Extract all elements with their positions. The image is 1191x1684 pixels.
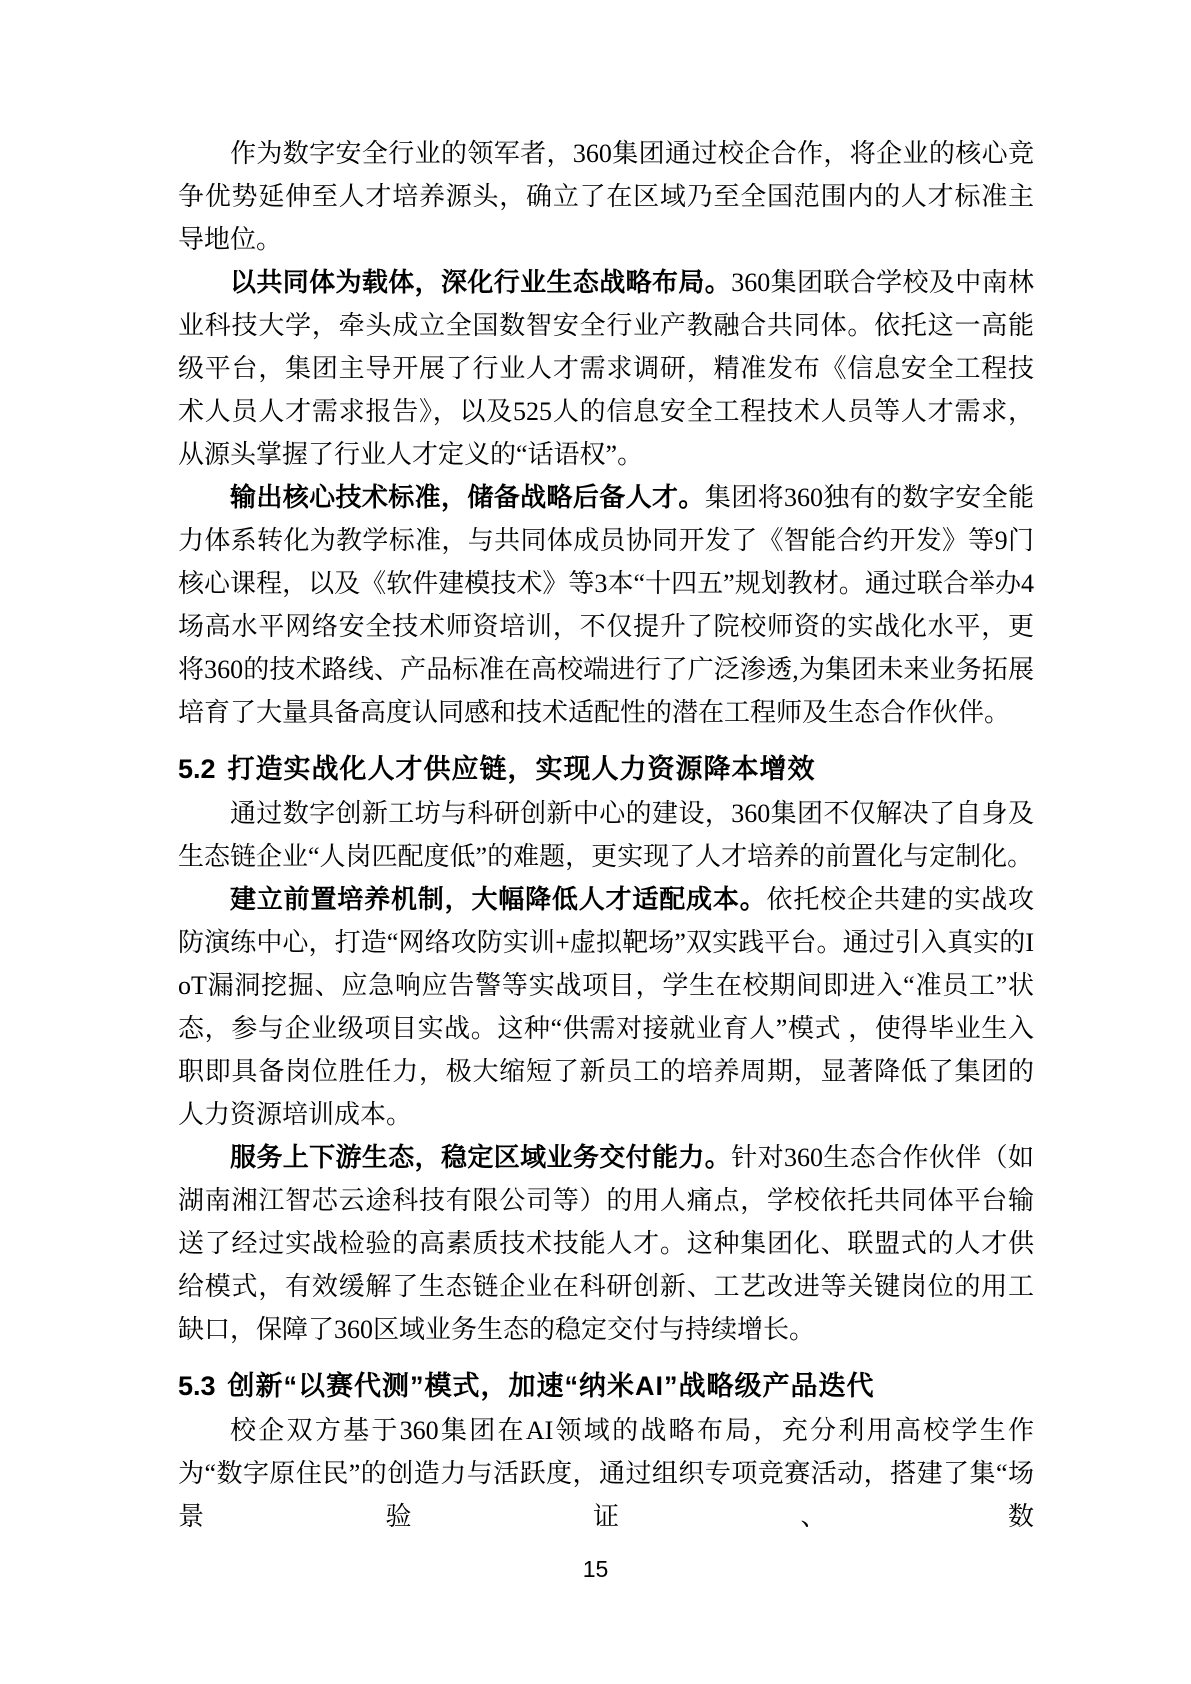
document-page: 作为数字安全行业的领军者，360集团通过校企合作，将企业的核心竞争优势延伸至人才… bbox=[0, 0, 1191, 1684]
section-title: 创新“以赛代测”模式，加速“纳米AI”战略级产品迭代 bbox=[228, 1371, 875, 1401]
page-footer: 15 bbox=[0, 1556, 1191, 1583]
page-number: 15 bbox=[583, 1556, 609, 1582]
paragraph-lead-bold: 输出核心技术标准，储备战略后备人才。 bbox=[230, 482, 705, 512]
paragraph: 作为数字安全行业的领军者，360集团通过校企合作，将企业的核心竞争优势延伸至人才… bbox=[178, 132, 1034, 261]
paragraph: 以共同体为载体，深化行业生态战略布局。360集团联合学校及中南林业科技大学，牵头… bbox=[178, 261, 1034, 476]
section-title: 打造实战化人才供应链，实现人力资源降本增效 bbox=[228, 754, 816, 784]
paragraph-text: 360集团联合学校及中南林业科技大学，牵头成立全国数智安全行业产教融合共同体。依… bbox=[178, 268, 1034, 469]
paragraph-lead-bold: 建立前置培养机制，大幅降低人才适配成本。 bbox=[230, 884, 767, 914]
section-number: 5.2 bbox=[178, 754, 216, 784]
paragraph-text: 集团将360独有的数字安全能力体系转化为教学标准，与共同体成员协同开发了《智能合… bbox=[178, 483, 1034, 727]
paragraph-text: 针对360生态合作伙伴（如湖南湘江智芯云途科技有限公司等）的用人痛点，学校依托共… bbox=[178, 1143, 1034, 1344]
paragraph: 输出核心技术标准，储备战略后备人才。集团将360独有的数字安全能力体系转化为教学… bbox=[178, 476, 1034, 734]
paragraph-text: 作为数字安全行业的领军者，360集团通过校企合作，将企业的核心竞争优势延伸至人才… bbox=[178, 139, 1034, 254]
paragraph: 服务上下游生态，稳定区域业务交付能力。针对360生态合作伙伴（如湖南湘江智芯云途… bbox=[178, 1136, 1034, 1351]
paragraph-text: 依托校企共建的实战攻防演练中心，打造“网络攻防实训+虚拟靶场”双实践平台。通过引… bbox=[178, 885, 1034, 1129]
section-heading: 5.2打造实战化人才供应链，实现人力资源降本增效 bbox=[178, 748, 1034, 790]
document-body: 作为数字安全行业的领军者，360集团通过校企合作，将企业的核心竞争优势延伸至人才… bbox=[178, 132, 1034, 1538]
paragraph-lead-bold: 服务上下游生态，稳定区域业务交付能力。 bbox=[230, 1142, 731, 1172]
section-heading: 5.3创新“以赛代测”模式，加速“纳米AI”战略级产品迭代 bbox=[178, 1365, 1034, 1407]
paragraph-text: 校企双方基于360集团在AI领域的战略布局，充分利用高校学生作为“数字原住民”的… bbox=[178, 1416, 1034, 1531]
paragraph-text: 通过数字创新工坊与科研创新中心的建设，360集团不仅解决了自身及生态链企业“人岗… bbox=[178, 799, 1034, 871]
paragraph: 通过数字创新工坊与科研创新中心的建设，360集团不仅解决了自身及生态链企业“人岗… bbox=[178, 792, 1034, 878]
paragraph: 校企双方基于360集团在AI领域的战略布局，充分利用高校学生作为“数字原住民”的… bbox=[178, 1409, 1034, 1538]
paragraph: 建立前置培养机制，大幅降低人才适配成本。依托校企共建的实战攻防演练中心，打造“网… bbox=[178, 878, 1034, 1136]
section-number: 5.3 bbox=[178, 1371, 216, 1401]
paragraph-lead-bold: 以共同体为载体，深化行业生态战略布局。 bbox=[230, 267, 731, 297]
